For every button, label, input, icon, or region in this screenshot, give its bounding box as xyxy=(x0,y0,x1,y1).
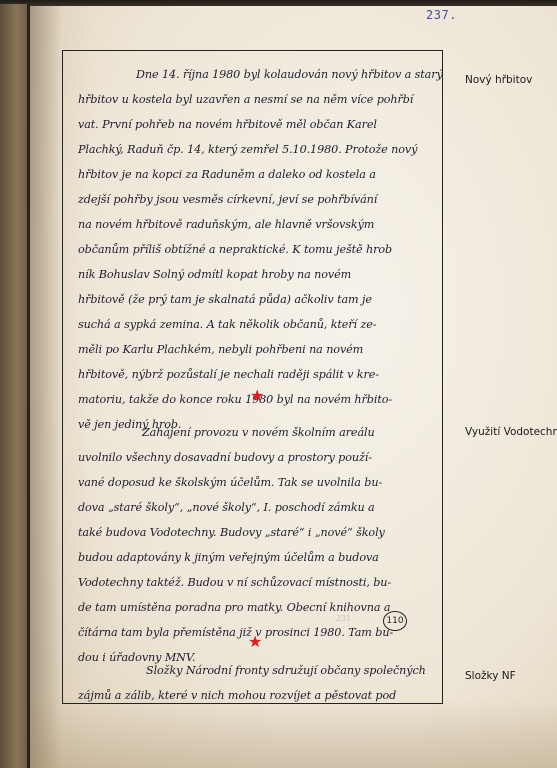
text-line: občanům příliš obtížné a nepraktické. K … xyxy=(78,243,448,256)
text-line: ník Bohuslav Solný odmítl kopat hroby na… xyxy=(78,268,448,281)
text-line: měli po Karlu Plachkém, nebyli pohřbeni … xyxy=(78,343,448,356)
text-line: Plachký, Raduň čp. 14, který zemřel 5.10… xyxy=(78,143,448,156)
text-line: hřbitov u kostela byl uzavřen a nesmí se… xyxy=(78,93,448,106)
text-line: dou i úřadovny MNV. xyxy=(78,651,448,664)
text-line: zájmů a zálib, které v nich mohou rozvíj… xyxy=(78,689,448,702)
red-star-icon: ★ xyxy=(248,634,262,650)
margin-note-vyuziti-vodotechny: Využití Vodotechny xyxy=(465,426,557,438)
text-line: Složky Národní fronty sdružují občany sp… xyxy=(78,664,516,677)
left-page-edge xyxy=(0,4,30,768)
text-line: hřbitově (že prý tam je skalnatá půda) a… xyxy=(78,293,448,306)
text-line: uvolnilo všechny dosavadní budovy a pros… xyxy=(78,451,448,464)
text-line: zdejší pohřby jsou vesměs církevní, jeví… xyxy=(78,193,448,206)
text-line: také budova Vodotechny. Budovy „staré“ i… xyxy=(78,526,448,539)
text-line: vané doposud ke školským účelům. Tak se … xyxy=(78,476,448,489)
text-line: suchá a sypká zemina. A tak několik obča… xyxy=(78,318,448,331)
text-line: Vodotechny taktéž. Budou v ní schůzovací… xyxy=(78,576,448,589)
page-shadow xyxy=(30,700,557,768)
red-star-icon: ★ xyxy=(250,388,264,404)
text-line: dova „staré školy“, „nové školy“, I. pos… xyxy=(78,501,448,514)
text-line: Zahájení provozu v novém školním areálu xyxy=(78,426,512,439)
text-line: na novém hřbitově raduňským, ale hlavně … xyxy=(78,218,448,231)
text-line: vat. První pohřeb na novém hřbitově měl … xyxy=(78,118,448,131)
faint-page-number: 231 xyxy=(336,614,351,623)
margin-note-slozky-nf: Složky NF xyxy=(465,670,516,682)
page-number: 237. xyxy=(426,8,457,22)
text-line: Dne 14. října 1980 byl kolaudován nový h… xyxy=(78,68,506,81)
text-line: budou adaptovány k jiným veřejným účelům… xyxy=(78,551,448,564)
text-line: hřbitov je na kopci za Raduněm a daleko … xyxy=(78,168,448,181)
text-line: hřbitově, nýbrž pozůstalí je nechali rad… xyxy=(78,368,448,381)
circled-stamp-number: 110 xyxy=(383,611,407,631)
margin-note-novy-hrbitov: Nový hřbitov xyxy=(465,74,532,86)
